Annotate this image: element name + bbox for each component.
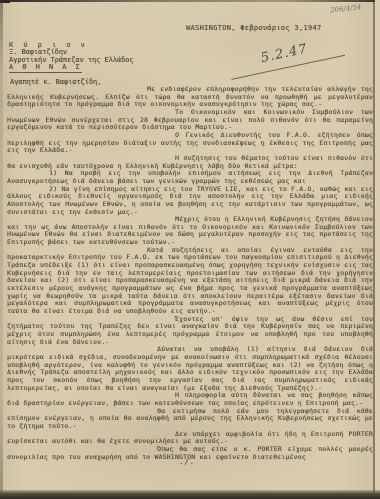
paragraph: Δεν υπάρχει αμφιβολία ότι ήδη η Επιτροπή… xyxy=(7,431,373,446)
paragraph: Θα εκτιμήσω πολύ εάν μου τηλεγραφήσετε δ… xyxy=(7,408,373,431)
continuation-mark: ./. xyxy=(0,458,374,466)
handwritten-archive-number: 206/4/54 xyxy=(330,2,379,15)
paragraph: Με ενδιαφέρον επληροφορήθην την τελευταί… xyxy=(7,86,373,109)
paragraph: Δύναται να υποβάλη (1) αίτησιν διά δάνει… xyxy=(7,346,373,392)
paragraph-numbered-item-2: 2) Να γίνη επίσημος αίτησις εις τον TRYG… xyxy=(7,186,373,217)
paragraph: Έχοντες υπ' όψιν την ως άνω θέσιν επί το… xyxy=(7,316,373,347)
paragraph: Κατά συζητήσεις αι οποίαι έγιναν ενταύθα… xyxy=(7,247,373,316)
salutation: Αγαπητέ κ. Βαφιατζίδη, xyxy=(10,78,101,86)
scan-edge-top xyxy=(0,0,380,2)
letter-body: Με ενδιαφέρον επληροφορήθην την τελευταί… xyxy=(7,86,373,461)
dateline: WASHINGTON, Φεβρουάριος 3,1947 xyxy=(186,24,321,32)
paragraph: Η συζήτησις του θέματος τούτου είναι πιθ… xyxy=(7,155,373,170)
scan-edge-left xyxy=(0,0,3,499)
scanned-letter-page: 206/4/54 WASHINGTON, Φεβρουάριος 3,1947 … xyxy=(0,0,380,499)
recipient-city: Α Θ Η Ν Α Σ xyxy=(9,64,82,72)
paragraph: Το Οικονομικόν και Κοινωνικόν Συμβούλιον… xyxy=(7,109,373,132)
paragraph: Μέχρις ότου η Ελληνική Κυβέρνησις ζητήση… xyxy=(7,216,373,247)
scan-edge-right xyxy=(375,0,380,499)
recipient-address-block: Κ ύ ρ ι ο ν Ξ. Βαφιατζίδην Αγροτικήν Τρά… xyxy=(9,42,133,73)
handwritten-date-stamp: 5.2.47 xyxy=(227,34,345,80)
paragraph: Ο Γενικός Διευθυντής του F.A.O. εζήτησεν… xyxy=(7,132,373,155)
scan-edge-bottom xyxy=(0,490,380,499)
paragraph-numbered-item-1: 1) Να προβή εις την υποβολήν επισήμου αι… xyxy=(7,170,373,185)
paragraph: Η πληροφορία αύτη δύναται να σας βοηθήση… xyxy=(7,392,373,407)
